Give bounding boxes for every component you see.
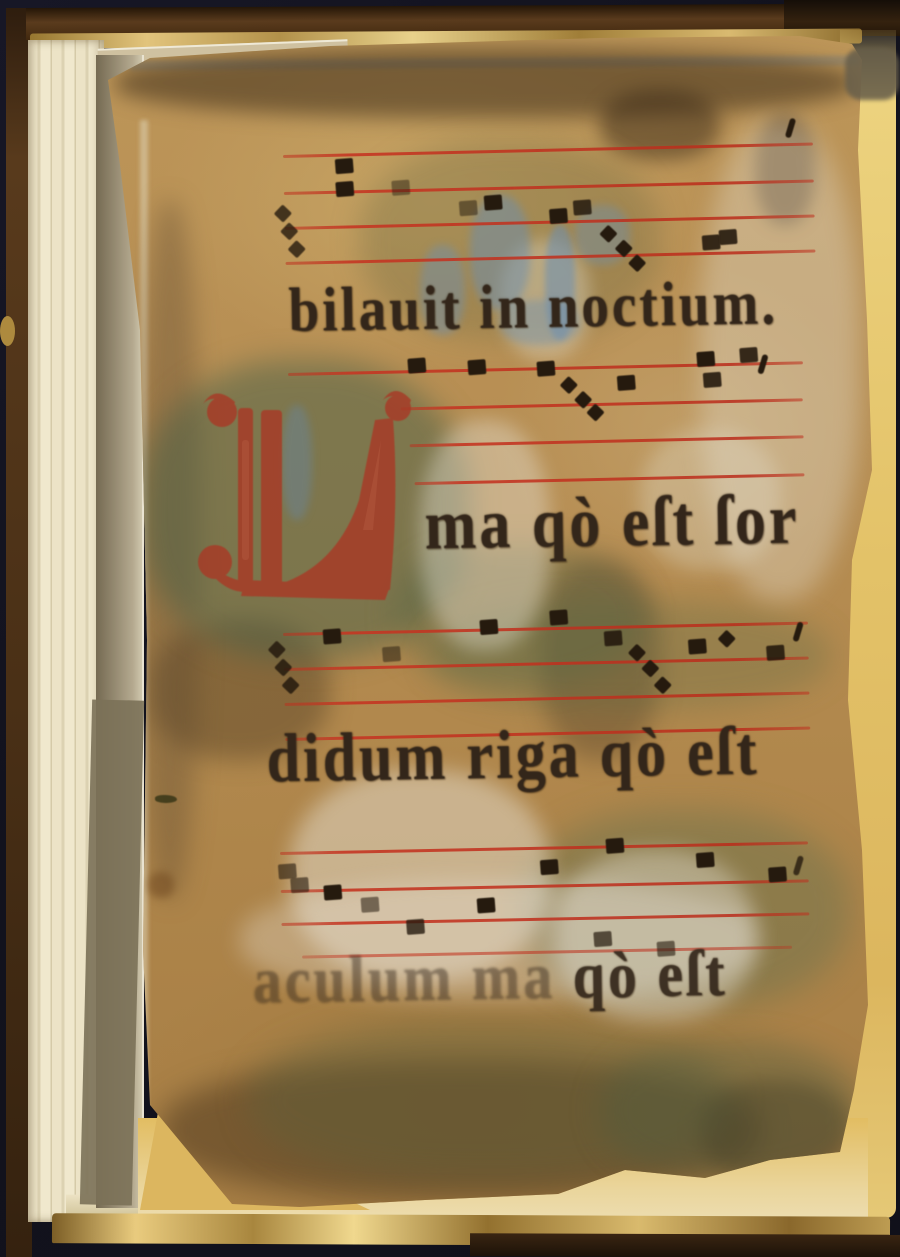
manuscript-photo: bilauit in noctium. ma qò eſt ſor didum … [0,0,900,1257]
stave-line [284,657,809,671]
neume-punctum-icon [768,866,787,882]
neume-punctum-icon [335,181,354,197]
neume-punctum-icon [540,859,559,875]
neume-punctum-icon [702,234,721,250]
neume-punctum-icon [549,609,568,625]
neume-punctum-icon [484,194,503,210]
chant-text-line-1: bilauit in noctium. [288,266,779,345]
illuminated-initial-u [185,380,415,615]
neume-punctum-icon [391,180,410,196]
chant-text-line-2: ma qò eſt ſor [424,480,800,567]
neume-diamond-icon [274,204,292,222]
neume-diamond-icon [288,240,306,258]
neume-punctum-icon [467,359,486,375]
neume-punctum-icon [766,645,785,661]
neume-punctum-icon [406,919,425,935]
neume-punctum-icon [479,619,498,635]
neume-punctum-icon [549,208,568,224]
marginal-ink-squiggle [155,795,177,803]
chant-text-line-4: aculum ma qò eſt [252,935,728,1019]
neume-diamond-icon [560,376,578,394]
stave-line [281,912,809,926]
stave-line [285,692,810,706]
stain-dark [115,48,855,118]
stave-line [286,249,816,264]
neume-punctum-icon [323,628,342,644]
gilt-clasp-fragment [0,316,15,346]
neume-punctum-icon [477,897,496,913]
neume-punctum-icon [739,347,758,363]
neume-diamond-icon [654,676,672,694]
neume-punctum-icon [688,638,707,654]
neume-punctum-icon [536,360,555,376]
neume-punctum-icon [719,229,738,245]
neume-punctum-icon [605,838,624,854]
neume-diamond-icon [599,225,617,243]
neume-punctum-icon [617,375,636,391]
neume-punctum-icon [407,357,426,373]
neume-custos-icon [793,855,805,876]
neume-punctum-icon [696,351,715,367]
neume-punctum-icon [604,630,623,646]
neume-punctum-icon [573,199,592,215]
neume-punctum-icon [361,897,380,913]
neume-punctum-icon [459,200,478,216]
stave-line [410,435,804,447]
neume-punctum-icon [382,646,401,662]
chant-text-line-3: didum riga qò eſt [266,712,760,798]
music-stave [283,143,816,285]
neume-punctum-icon [696,852,715,868]
stave-line [284,180,814,195]
stave-line [281,879,809,893]
chant-text-fragment: qò eſt [572,936,728,1013]
neume-punctum-icon [703,372,722,388]
neume-punctum-icon [335,158,354,174]
neume-diamond-icon [280,222,298,240]
brown-spot [148,872,174,898]
chant-text-faded-fragment: aculum ma [252,938,573,1017]
book-board-bottom-edge [470,1233,900,1257]
clasp-blotch [845,48,899,100]
neume-diamond-icon [281,676,299,694]
neume-punctum-icon [323,884,342,900]
neume-punctum-icon [290,877,309,893]
neume-diamond-icon [718,630,736,648]
